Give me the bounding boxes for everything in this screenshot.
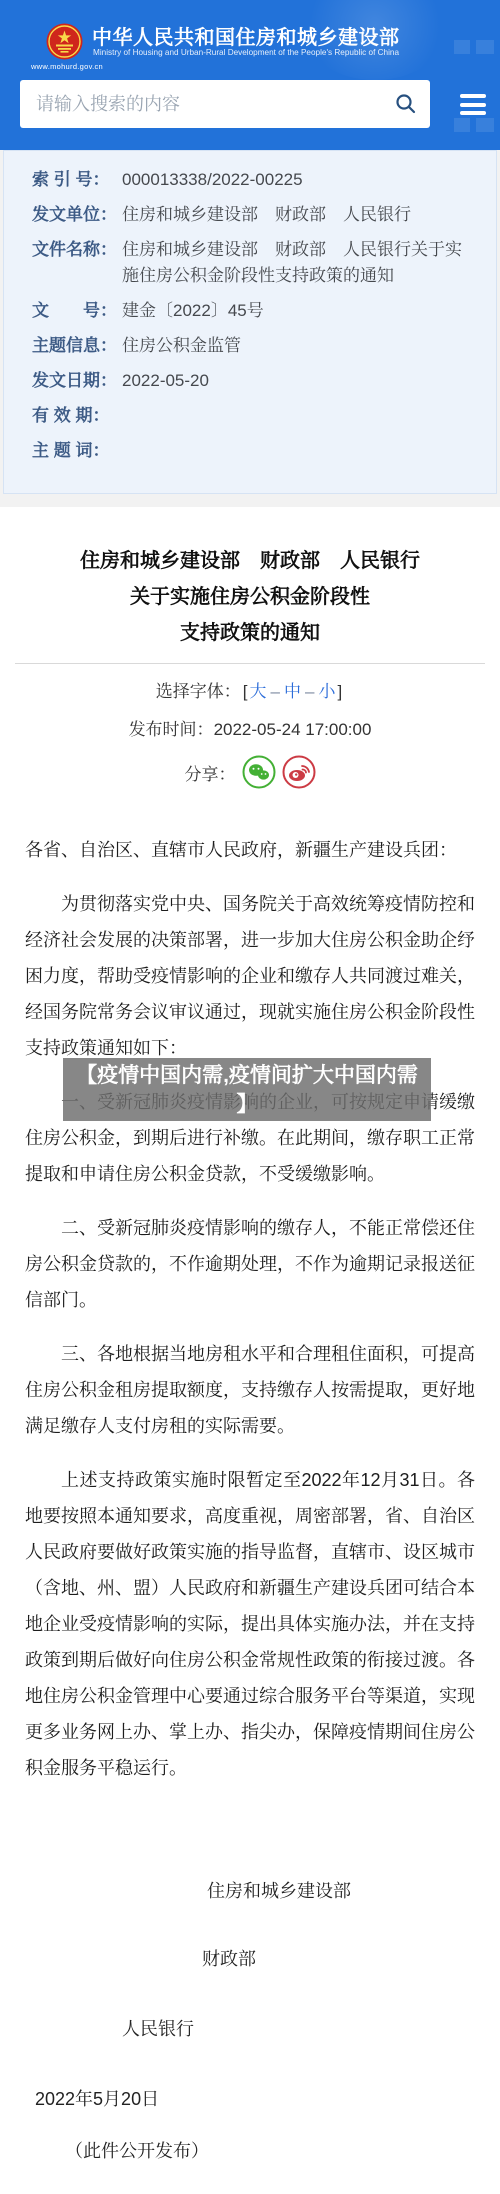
meta-row-doc-number: 文 号： 建金〔2022〕45号 <box>32 298 478 324</box>
meta-label: 发文日期： <box>32 368 122 394</box>
meta-value: 住房公积金监管 <box>122 333 478 359</box>
meta-label: 文 号： <box>32 298 122 324</box>
font-selector-dash: – <box>301 682 318 701</box>
signature-block: 住房和城乡建设部 财政部 人民银行 2022年5月20日 （此件公开发布） <box>25 1872 475 2170</box>
header-decoration <box>476 40 494 54</box>
meta-row-topic-info: 主题信息： 住房公积金监管 <box>32 333 478 359</box>
font-size-medium-button[interactable]: 中 <box>284 682 301 701</box>
watermark-overlay: 【疫情中国内需,疫情间扩大中国内需 】 <box>63 1058 431 1121</box>
share-row: 分享： <box>25 754 475 790</box>
header-decoration <box>454 118 470 132</box>
article-card: 住房和城乡建设部 财政部 人民银行 关于实施住房公积金阶段性 支持政策的通知 选… <box>0 507 500 2194</box>
share-label: 分享： <box>185 760 236 785</box>
meta-value: 2022-05-20 <box>122 368 478 394</box>
publish-time-label: 发布时间： <box>129 720 214 739</box>
meta-row-issue-date: 发文日期： 2022-05-20 <box>32 368 478 394</box>
bracket-close: ] <box>335 682 344 701</box>
article-body: 各省、自治区、直辖市人民政府，新疆生产建设兵团： 为贯彻落实党中央、国务院关于高… <box>25 832 475 1786</box>
title-divider <box>15 663 485 664</box>
meta-label: 文件名称： <box>32 237 122 289</box>
meta-row-keywords: 主 题 词： <box>32 438 478 464</box>
meta-row-validity: 有 效 期： <box>32 403 478 429</box>
document-metadata-panel: 索 引 号： 000013338/2022-00225 发文单位： 住房和城乡建… <box>3 150 497 494</box>
meta-value <box>122 438 478 464</box>
site-url: www.mohurd.gov.cn <box>12 62 122 71</box>
paragraph-intro: 为贯彻落实党中央、国务院关于高效统筹疫情防控和经济社会发展的决策部署，进一步加大… <box>25 886 475 1066</box>
page: www.mohurd.gov.cn 中华人民共和国住房和城乡建设部 Minist… <box>0 0 500 2194</box>
menu-icon[interactable] <box>460 94 486 120</box>
meta-row-index-number: 索 引 号： 000013338/2022-00225 <box>32 167 478 193</box>
paragraph-salutation: 各省、自治区、直辖市人民政府，新疆生产建设兵团： <box>25 832 475 868</box>
site-title: 中华人民共和国住房和城乡建设部 <box>92 21 400 50</box>
weibo-share-icon[interactable] <box>282 755 316 789</box>
font-selector-dash: – <box>267 682 284 701</box>
meta-row-file-name: 文件名称： 住房和城乡建设部 财政部 人民银行关于实施住房公积金阶段性支持政策的… <box>32 237 478 289</box>
meta-label: 主 题 词： <box>32 438 122 464</box>
signature-mohurd: 住房和城乡建设部 <box>207 1872 475 1910</box>
national-emblem-logo <box>46 23 83 60</box>
bracket-open: [ <box>241 682 250 701</box>
meta-label: 索 引 号： <box>32 167 122 193</box>
document-title-line: 住房和城乡建设部 财政部 人民银行 <box>25 543 475 579</box>
public-release-note: （此件公开发布） <box>65 2132 475 2170</box>
search-input[interactable] <box>36 94 394 115</box>
watermark-overlay-text: 【疫情中国内需,疫情间扩大中国内需 <box>76 1061 418 1091</box>
font-size-small-button[interactable]: 小 <box>318 682 335 701</box>
header-decoration <box>476 118 494 132</box>
search-box[interactable] <box>20 80 430 128</box>
meta-value <box>122 403 478 429</box>
watermark-overlay-text: 】 <box>237 1091 258 1119</box>
paragraph-item-3: 三、各地根据当地房租水平和合理租住面积，可提高住房公积金租房提取额度，支持缴存人… <box>25 1336 475 1444</box>
signature-pboc: 人民银行 <box>122 2010 475 2048</box>
meta-label: 有 效 期： <box>32 403 122 429</box>
meta-value: 建金〔2022〕45号 <box>122 298 478 324</box>
meta-value: 000013338/2022-00225 <box>122 167 478 193</box>
font-size-selector: 选择字体：[大–中–小] <box>25 680 475 704</box>
publish-time-value: 2022-05-24 17:00:00 <box>214 720 372 739</box>
paragraph-implementation: 上述支持政策实施时限暂定至2022年12月31日。各地要按照本通知要求，高度重视… <box>25 1462 475 1786</box>
meta-label: 发文单位： <box>32 202 122 228</box>
meta-value: 住房和城乡建设部 财政部 人民银行关于实施住房公积金阶段性支持政策的通知 <box>122 237 478 289</box>
document-title-line: 关于实施住房公积金阶段性 <box>25 579 475 615</box>
publish-time-row: 发布时间：2022-05-24 17:00:00 <box>25 718 475 742</box>
site-subtitle-english: Ministry of Housing and Urban-Rural Deve… <box>93 48 399 57</box>
meta-value: 住房和城乡建设部 财政部 人民银行 <box>122 202 478 228</box>
document-title: 住房和城乡建设部 财政部 人民银行 关于实施住房公积金阶段性 支持政策的通知 <box>25 543 475 651</box>
font-selector-label: 选择字体： <box>156 682 241 701</box>
meta-row-issuing-unit: 发文单位： 住房和城乡建设部 财政部 人民银行 <box>32 202 478 228</box>
signature-mof: 财政部 <box>202 1940 475 1978</box>
document-title-line: 支持政策的通知 <box>25 615 475 651</box>
header-decoration <box>454 40 470 54</box>
meta-label: 主题信息： <box>32 333 122 359</box>
signature-date: 2022年5月20日 <box>35 2080 475 2118</box>
search-icon[interactable] <box>394 92 418 116</box>
wechat-share-icon[interactable] <box>242 755 276 789</box>
site-header: www.mohurd.gov.cn 中华人民共和国住房和城乡建设部 Minist… <box>0 0 500 150</box>
font-size-large-button[interactable]: 大 <box>250 682 267 701</box>
paragraph-item-2: 二、受新冠肺炎疫情影响的缴存人，不能正常偿还住房公积金贷款的，不作逾期处理，不作… <box>25 1210 475 1318</box>
